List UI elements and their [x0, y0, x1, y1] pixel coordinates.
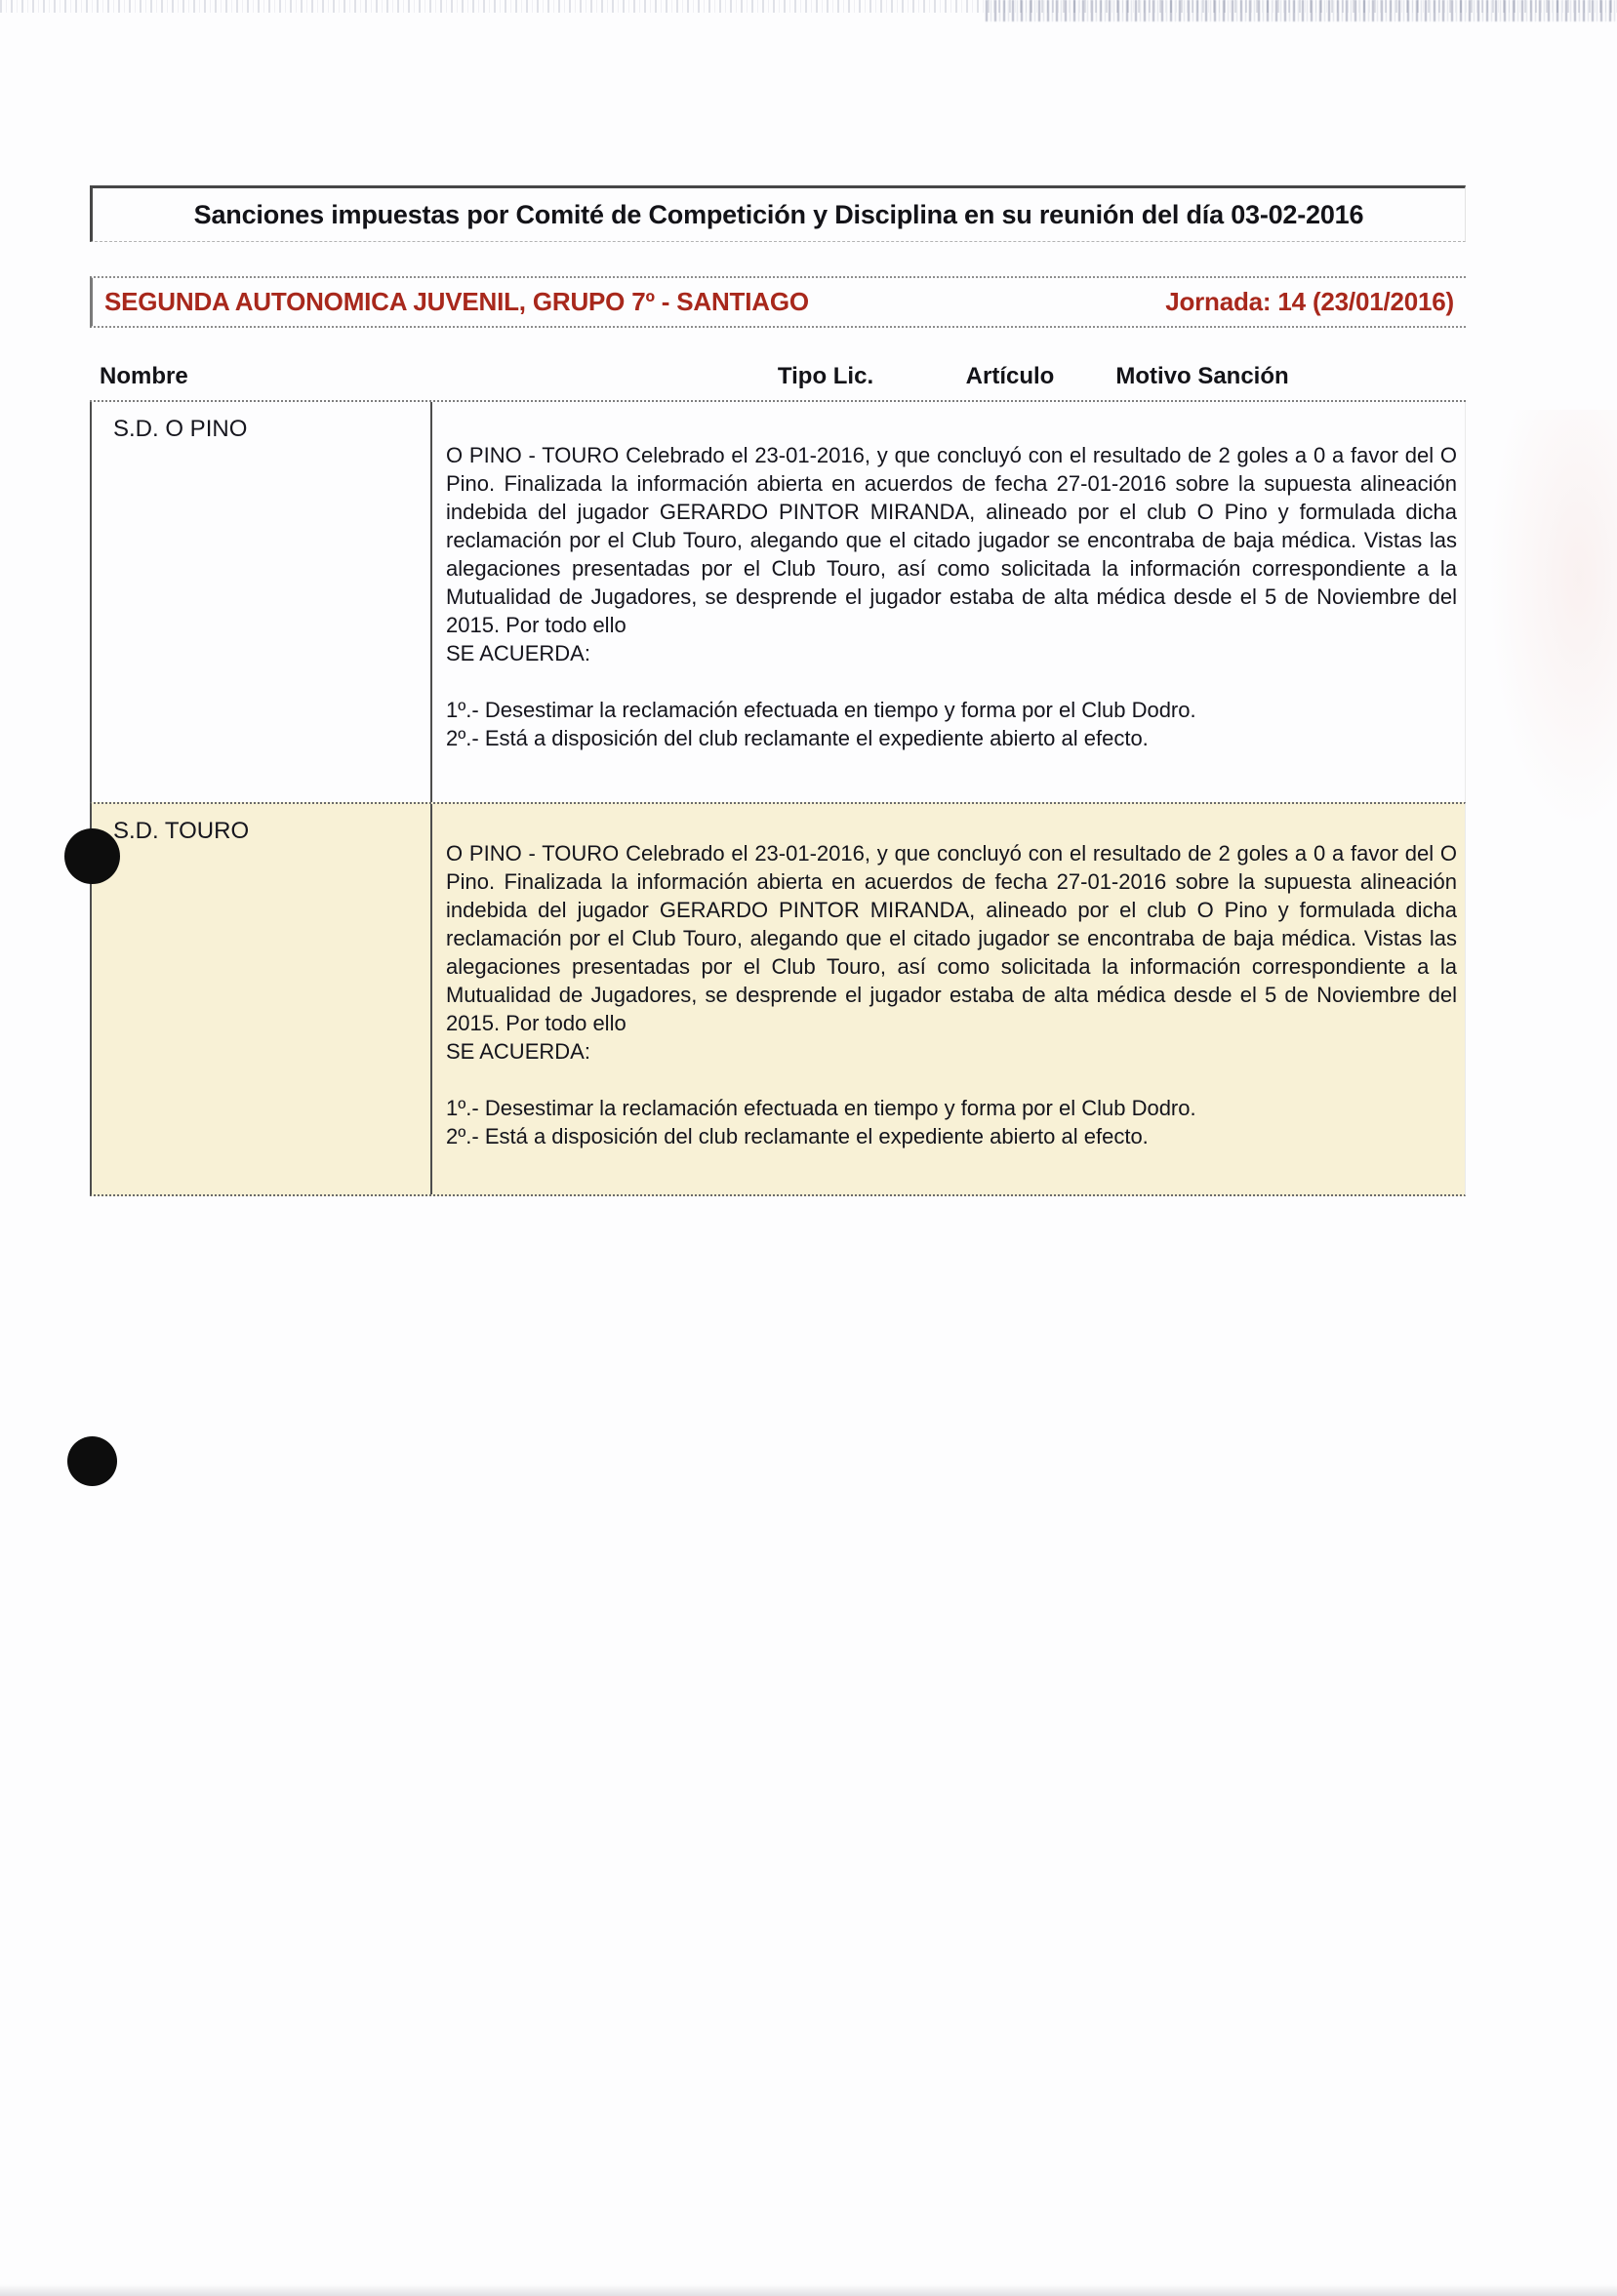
motivo-body-text: O PINO - TOURO Celebrado el 23-01-2016, … — [446, 839, 1457, 1037]
sanctions-table: S.D. O PINO O PINO - TOURO Celebrado el … — [90, 402, 1466, 1196]
motivo-sancion-cell: O PINO - TOURO Celebrado el 23-01-2016, … — [432, 804, 1465, 1194]
club-name: S.D. O PINO — [92, 402, 432, 802]
document-title: Sanciones impuestas por Comité de Compet… — [194, 200, 1364, 230]
league-name: SEGUNDA AUTONOMICA JUVENIL, GRUPO 7º - S… — [104, 287, 809, 317]
scan-artifact-bottom — [0, 2284, 1617, 2296]
club-name: S.D. TOURO — [92, 804, 432, 1194]
document-title-box: Sanciones impuestas por Comité de Compet… — [90, 185, 1466, 242]
acuerdo-item-2: 2º.- Está a disposición del club reclama… — [446, 724, 1457, 752]
acuerdo-item-1: 1º.- Desestimar la reclamación efectuada… — [446, 696, 1457, 724]
league-bar: SEGUNDA AUTONOMICA JUVENIL, GRUPO 7º - S… — [90, 276, 1466, 328]
table-row: S.D. O PINO O PINO - TOURO Celebrado el … — [90, 402, 1466, 802]
column-header-tipo-lic: Tipo Lic. — [778, 363, 873, 390]
scan-artifact-top-right — [986, 0, 1617, 21]
motivo-sancion-cell: O PINO - TOURO Celebrado el 23-01-2016, … — [432, 402, 1465, 802]
column-header-articulo: Artículo — [966, 363, 1055, 390]
hole-punch-mark — [64, 828, 120, 884]
column-header-nombre: Nombre — [100, 363, 188, 390]
acuerdo-items: 1º.- Desestimar la reclamación efectuada… — [446, 696, 1457, 752]
se-acuerda-label: SE ACUERDA: — [446, 1037, 1457, 1066]
hole-punch-mark — [67, 1436, 117, 1486]
jornada-label: Jornada: 14 (23/01/2016) — [1165, 287, 1454, 317]
table-row: S.D. TOURO O PINO - TOURO Celebrado el 2… — [90, 802, 1466, 1196]
scan-artifact-smudge — [1488, 410, 1617, 829]
acuerdo-items: 1º.- Desestimar la reclamación efectuada… — [446, 1094, 1457, 1150]
acuerdo-item-2: 2º.- Está a disposición del club reclama… — [446, 1122, 1457, 1150]
motivo-body-text: O PINO - TOURO Celebrado el 23-01-2016, … — [446, 441, 1457, 639]
table-header-row: Nombre Tipo Lic. Artículo Motivo Sanción — [90, 357, 1466, 402]
se-acuerda-label: SE ACUERDA: — [446, 639, 1457, 667]
acuerdo-item-1: 1º.- Desestimar la reclamación efectuada… — [446, 1094, 1457, 1122]
column-header-motivo-sancion: Motivo Sanción — [1115, 363, 1288, 390]
